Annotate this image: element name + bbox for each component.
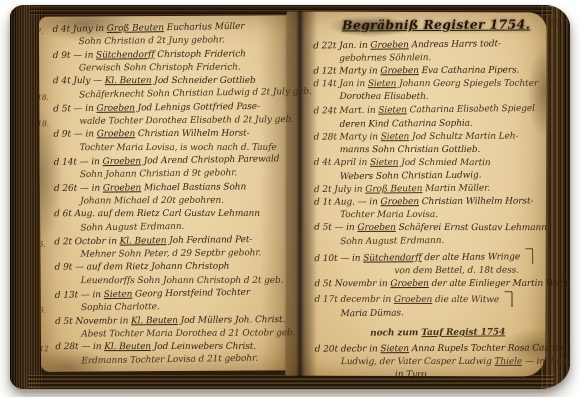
bracket-mark: [504, 291, 512, 307]
line-text: d 4t April in Sieten Jod Schmied Martin: [314, 158, 491, 168]
manuscript-line: Maria Dümas.: [315, 305, 561, 321]
line-text: Dorothea Elisabeth.: [339, 92, 428, 102]
open-book: 7.d 4t Juny in Groß Beuten Eucharius Mül…: [10, 5, 570, 389]
margin-number: 18.: [37, 91, 49, 104]
manuscript-line: in Tyro.: [315, 369, 561, 383]
line-text: d 2t July in Groß Beuten Martin Müller.: [314, 184, 490, 196]
manuscript-line: von dem Bettel, d. 18t dess.: [314, 264, 560, 278]
line-text: Sohn Johann Christian d 9t gebohr.: [80, 168, 237, 180]
line-text: d 12t Marty in Groeben Eva Catharina Pip…: [313, 66, 519, 77]
line-text: gebohrnes Söhnlein.: [339, 53, 431, 64]
margin-number: 6.: [38, 237, 45, 250]
manuscript-line: manns Sohn Christian Gottlieb.: [314, 144, 560, 158]
register-book-photo: 7.d 4t Juny in Groß Beuten Eucharius Mül…: [0, 0, 580, 397]
manuscript-line: d 9t — in Groeben Christian Wilhelm Hors…: [53, 128, 289, 143]
line-text: noch zum Tauf Regist 1754: [370, 327, 505, 338]
line-text: walde Tochter Dorothea Elisabeth d 2t Ju…: [79, 115, 294, 127]
line-text: d 1t Aug. — in Groeben Christian Wilhelm…: [314, 197, 533, 208]
manuscript-line: Johann Michael d 20t gebohren.: [54, 194, 290, 209]
line-text: d 24t Mart. in Sieten Catharina Elisabet…: [313, 104, 535, 117]
manuscript-line: Gerwisch Sohn Christoph Friderich.: [53, 61, 289, 76]
register-header: Begräbniß Register 1754. 77: [313, 16, 559, 32]
line-text: Johann Michael d 20t gebohren.: [80, 196, 224, 207]
manuscript-line: d 10t — in Sütchendorff der alte Hans Wr…: [314, 247, 560, 265]
line-text: Abest Tochter Maria Dorothea d 21 Octobr…: [81, 328, 295, 339]
line-text: Gerwisch Sohn Christoph Friderich.: [79, 63, 241, 74]
manuscript-line: Abest Tochter Maria Dorothea d 21 Octobr…: [55, 327, 291, 342]
page-number: 77: [550, 19, 561, 29]
line-text: d 5t — in Groeben Schäferei Ernst Gustav…: [314, 223, 547, 233]
right-page-content: Begräbniß Register 1754. 77 d 22t Jan. i…: [313, 16, 561, 383]
line-text: d 5t Novembr in Groeben der alte Einlieg…: [314, 278, 570, 288]
manuscript-line: Tochter Maria Lovisa.: [314, 209, 560, 223]
line-text: d 2t Octobr in Kl. Beuten Joh Ferdinand …: [54, 235, 252, 247]
manuscript-line: d 12t Marty in Groeben Eva Catharina Pip…: [313, 65, 559, 79]
right-page-entries: d 22t Jan. in Groeben Andreas Harrs todt…: [313, 38, 561, 383]
manuscript-line: d 17t decembr in Groeben die alte Witwe: [315, 291, 561, 308]
line-text: deren Kind Catharina Sophia.: [340, 118, 473, 129]
line-text: Sohn August Erdmann.: [340, 236, 444, 247]
line-text: d 6t Aug. auf dem Rietz Carl Gustav Lehm…: [54, 209, 260, 219]
line-text: Ludwig, der Vater Casper Ludwig Thiele —…: [341, 357, 570, 367]
line-text: d 20t decbr in Sieten Anna Rupels Tochte…: [315, 343, 564, 354]
margin-number: 18.: [37, 117, 49, 130]
line-text: d 17t decembr in Groeben die alte Witwe: [315, 295, 500, 305]
line-text: d 9t — auf dem Rietz Johann Christoph: [55, 262, 230, 273]
line-text: d 14t — in Groeben Jod Arend Christoph P…: [54, 154, 280, 168]
line-text: d 5t Novembr in Kl. Beuten Jod Müllers J…: [55, 315, 285, 327]
line-text: d 26t — in Groeben Michael Bastians Sohn: [54, 182, 246, 194]
line-text: Tochter Maria Lovisa, is woch nach d. Ta…: [80, 142, 277, 152]
line-text: Sohn Christian d 2t Juny gebohr.: [79, 36, 225, 48]
line-text: manns Sohn Christian Gottlieb.: [340, 145, 481, 155]
line-text: d 28t Marty in Sieten Jod Schultz Martin…: [314, 131, 519, 142]
line-text: d 22t Jan. in Groeben Andreas Harrs todt…: [313, 39, 501, 51]
line-text: Webers Sohn Christian Ludwig.: [340, 170, 482, 182]
line-text: Sophia Charlotte.: [81, 302, 160, 313]
bracket-mark: [569, 339, 570, 355]
line-text: Maria Dümas.: [341, 308, 404, 319]
line-text: d 5t — in Groeben Jod Lehnigs Gottfried …: [53, 102, 260, 115]
line-text: d 28t — in Kl. Beuten Jod Leinwebers Chr…: [55, 342, 256, 352]
manuscript-line: Ludwig, der Vater Casper Ludwig Thiele —…: [315, 356, 561, 370]
margin-number: 12: [39, 342, 48, 355]
margin-number: 7.: [36, 25, 43, 38]
bracket-mark: [525, 248, 533, 264]
margin-number: 6.: [39, 304, 46, 317]
line-text: d 4t July — Kl. Beuten Jod Schneider Got…: [53, 76, 256, 86]
manuscript-line: d 14t Jan in Sieten Johann Georg Spiegel…: [313, 78, 559, 92]
manuscript-line: d 5t Novembr in Groeben der alte Einlieg…: [314, 277, 560, 291]
manuscript-line: d 5t Novembr in Kl. Beuten Jod Müllers J…: [55, 313, 291, 328]
line-text: Tochter Maria Lovisa.: [340, 210, 438, 220]
line-text: Schäferknecht Sohn Christian Ludwig d 2t…: [79, 87, 312, 101]
line-text: d 10t — in Sütchendorff der alte Hans Wr…: [314, 252, 520, 264]
left-page-entries: 7.d 4t Juny in Groß Beuten Eucharius Mül…: [52, 21, 291, 369]
line-text: Mehner Sohn Peter, d 29 Septbr gebohr.: [80, 248, 261, 260]
line-text: d 4t Juny in Groß Beuten Eucharius Mülle…: [52, 22, 244, 35]
line-text: d 9t — in Groeben Christian Wilhelm Hors…: [53, 129, 249, 140]
line-text: d 9t — in Sütchendorff Christoph Frideri…: [53, 49, 246, 61]
line-text: Erdmanns Tochter Lovisa d 21t gebohr.: [81, 354, 258, 367]
manuscript-line: d 9t — auf dem Rietz Johann Christoph: [55, 261, 291, 276]
manuscript-line: d 1t Aug. — in Groeben Christian Wilhelm…: [314, 195, 560, 209]
line-text: von dem Bettel, d. 18t dess.: [394, 265, 519, 276]
manuscript-line: d 20t decbr in Sieten Anna Rupels Tochte…: [315, 339, 561, 356]
line-text: d 13t — in Sieten Georg Horstfeind Tocht…: [55, 288, 250, 301]
manuscript-line: d 28t Marty in Sieten Jod Schultz Martin…: [314, 130, 560, 144]
line-text: d 14t Jan in Sieten Johann Georg Spiegel…: [313, 79, 538, 89]
line-text: Leuendorffs Sohn Johann Christoph d 2t g…: [81, 275, 284, 285]
line-text: in Tyro.: [395, 370, 429, 380]
register-title: Begräbniß Register 1754.: [342, 17, 530, 33]
line-text: Sohn August Erdmann.: [80, 222, 184, 234]
